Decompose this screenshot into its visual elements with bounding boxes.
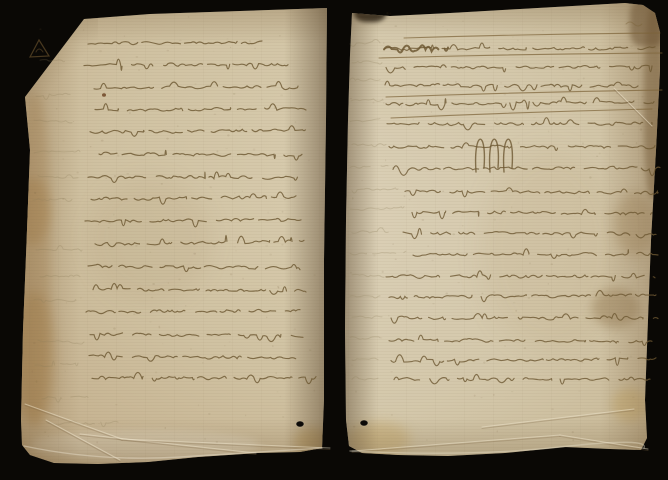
- speck: [108, 222, 111, 224]
- speck: [529, 262, 530, 264]
- speck: [309, 349, 312, 351]
- speck: [228, 342, 230, 343]
- speck: [114, 175, 116, 177]
- speck: [391, 414, 393, 415]
- speck: [642, 96, 644, 97]
- speck: [113, 59, 114, 61]
- speck: [138, 69, 140, 71]
- speck: [279, 35, 281, 37]
- speck: [234, 192, 235, 193]
- speck: [581, 362, 583, 363]
- speck: [350, 272, 352, 274]
- speck: [578, 391, 581, 392]
- speck: [279, 396, 281, 397]
- speck: [31, 370, 32, 372]
- bleed-mark: [350, 296, 380, 298]
- speck: [113, 214, 114, 216]
- speck: [392, 243, 394, 245]
- bleed-mark: [352, 316, 382, 318]
- speck: [630, 356, 633, 358]
- speck: [73, 121, 74, 122]
- speck: [493, 394, 495, 396]
- speck: [62, 140, 64, 141]
- speck: [351, 365, 354, 366]
- speck: [513, 302, 516, 303]
- text-line: [386, 271, 655, 281]
- speck: [548, 130, 549, 132]
- bleed-mark: [34, 150, 80, 153]
- bleed-mark: [34, 120, 72, 123]
- speck: [352, 197, 353, 199]
- speck: [302, 69, 303, 70]
- speck: [500, 82, 502, 83]
- speck: [177, 125, 178, 127]
- speck: [135, 245, 137, 246]
- speck: [281, 244, 283, 246]
- speck: [98, 224, 99, 225]
- bleed-mark: [38, 175, 78, 178]
- text-line: [413, 249, 658, 259]
- speck: [225, 148, 228, 149]
- text-line: [412, 209, 652, 218]
- crease-shadow: [122, 441, 330, 450]
- speck: [353, 426, 355, 428]
- speck: [194, 83, 196, 85]
- speck: [457, 60, 459, 61]
- bleed-mark: [34, 299, 76, 302]
- speck: [452, 233, 455, 235]
- text-line: [393, 166, 660, 176]
- speck: [254, 48, 256, 49]
- speck: [179, 334, 181, 335]
- speck: [113, 328, 116, 330]
- bleed-mark: [35, 361, 78, 366]
- speck: [361, 180, 363, 181]
- speck: [209, 187, 212, 188]
- speck: [202, 362, 204, 363]
- speck: [188, 16, 190, 18]
- speck: [226, 38, 228, 39]
- speck: [350, 98, 352, 99]
- bleed-mark: [33, 198, 72, 201]
- text-line: [391, 314, 658, 324]
- speck: [117, 154, 119, 156]
- speck: [83, 29, 84, 30]
- text-line: [88, 264, 300, 271]
- corner-glyph-mark: [36, 49, 43, 52]
- text-line: [386, 97, 654, 110]
- strike-line: [391, 109, 652, 118]
- speck: [517, 39, 519, 41]
- speck: [619, 351, 621, 353]
- speck: [589, 176, 591, 178]
- speck: [166, 138, 169, 140]
- speck: [622, 133, 624, 134]
- bleed-mark: [352, 188, 398, 193]
- speck: [294, 329, 297, 330]
- speck: [511, 391, 514, 392]
- speck: [512, 36, 514, 37]
- text-line: [92, 372, 316, 383]
- speck: [432, 303, 435, 304]
- speck: [96, 441, 98, 443]
- speck: [190, 348, 192, 350]
- foxing-specks: [31, 12, 645, 443]
- speck: [409, 199, 411, 200]
- speck: [636, 142, 638, 144]
- speck: [497, 430, 498, 432]
- speck: [431, 260, 433, 262]
- speck: [158, 326, 160, 328]
- speck: [198, 404, 199, 406]
- text-line: [88, 172, 297, 182]
- speck: [518, 142, 520, 144]
- crease-highlight: [482, 409, 634, 427]
- manuscript-scan: Double-page opening of an early-modern F…: [0, 0, 668, 480]
- speck: [265, 245, 268, 247]
- speck: [155, 371, 157, 373]
- speck: [166, 50, 169, 52]
- text-line: [389, 335, 652, 345]
- speck: [39, 28, 41, 30]
- crease-highlight: [614, 88, 652, 126]
- speck: [185, 305, 186, 306]
- creases: [25, 88, 652, 462]
- speck: [235, 250, 237, 251]
- crease-shadow: [482, 411, 634, 429]
- ink-speck: [102, 93, 106, 97]
- speck: [162, 343, 163, 344]
- speck: [386, 12, 388, 14]
- speck: [528, 297, 531, 299]
- text-line: [86, 309, 300, 313]
- bleed-mark: [42, 396, 88, 402]
- speck: [474, 395, 476, 397]
- bleed-mark: [352, 274, 384, 277]
- speck: [80, 297, 82, 299]
- text-line: [386, 65, 652, 73]
- text-line: [385, 81, 638, 91]
- text-line: [89, 352, 296, 361]
- speck: [253, 148, 256, 150]
- bleedthrough-right-page: [350, 39, 406, 380]
- speck: [404, 195, 406, 197]
- speck: [313, 274, 315, 275]
- bleed-mark: [350, 251, 406, 255]
- strike-line: [404, 33, 660, 38]
- speck: [282, 416, 284, 418]
- text-line: [85, 218, 301, 226]
- text-line: [389, 143, 655, 151]
- speck: [383, 102, 384, 104]
- speck: [508, 190, 511, 191]
- text-line: [91, 192, 296, 204]
- text-line: [99, 150, 302, 160]
- speck: [632, 397, 635, 398]
- speck: [245, 414, 246, 416]
- speck: [99, 50, 102, 52]
- speck: [355, 391, 357, 393]
- text-line: [94, 81, 298, 89]
- speck: [577, 79, 580, 80]
- speck: [269, 254, 272, 256]
- speck: [442, 26, 444, 27]
- folio-mark: [626, 22, 642, 26]
- speck: [572, 439, 574, 441]
- speck: [105, 178, 107, 179]
- speck: [382, 271, 384, 273]
- speck: [239, 126, 241, 128]
- speck: [542, 30, 544, 32]
- speck: [227, 134, 229, 136]
- speck: [179, 40, 182, 41]
- speck: [390, 371, 393, 372]
- ink-overlay: [0, 0, 668, 480]
- crease-highlight: [352, 435, 560, 451]
- text-line: [90, 333, 303, 342]
- speck: [62, 158, 64, 160]
- speck: [90, 146, 92, 147]
- speck: [578, 197, 580, 198]
- page-edge-highlights: [24, 442, 644, 458]
- speck: [383, 42, 384, 44]
- speck: [640, 128, 643, 130]
- strike-line: [379, 53, 662, 58]
- bleed-mark: [38, 340, 84, 344]
- speck: [398, 65, 401, 66]
- speck: [427, 245, 429, 247]
- speck: [208, 413, 210, 415]
- speck: [572, 431, 574, 433]
- bottom-edge-left: [24, 446, 322, 458]
- speck: [546, 290, 548, 291]
- speck: [388, 315, 390, 317]
- speck: [582, 142, 583, 144]
- speck: [266, 317, 267, 319]
- bleed-mark: [352, 61, 382, 64]
- speck: [447, 29, 448, 30]
- bleed-mark: [350, 165, 388, 168]
- wormhole: [296, 421, 304, 427]
- speck: [224, 345, 226, 347]
- marks: [30, 22, 642, 427]
- speck: [165, 427, 166, 429]
- speck: [511, 206, 512, 208]
- corner-triangle-glyph: [30, 40, 49, 57]
- text-line: [84, 59, 288, 70]
- speck: [548, 283, 549, 285]
- speck: [493, 291, 496, 293]
- speck: [383, 13, 384, 14]
- speck: [630, 46, 633, 48]
- speck: [216, 150, 218, 152]
- speck: [295, 122, 297, 123]
- speck: [373, 102, 375, 104]
- speck: [431, 111, 432, 112]
- speck: [107, 227, 109, 228]
- speck: [596, 156, 598, 157]
- speck: [129, 112, 131, 114]
- speck: [133, 314, 135, 315]
- speck: [462, 225, 464, 226]
- speck: [98, 423, 100, 424]
- text-line: [88, 41, 262, 45]
- speck: [149, 252, 151, 253]
- text-line: [405, 188, 658, 197]
- speck: [33, 342, 36, 344]
- speck: [233, 247, 236, 248]
- speck: [233, 93, 235, 95]
- text-line: [389, 290, 656, 301]
- speck: [152, 283, 155, 285]
- speck: [44, 431, 46, 432]
- speck: [282, 211, 284, 213]
- speck: [504, 345, 505, 347]
- bleed-mark: [48, 421, 118, 426]
- bleed-mark: [350, 119, 380, 122]
- speck: [308, 160, 310, 162]
- opening-flourish: [384, 45, 448, 52]
- speck: [230, 47, 231, 48]
- speck: [214, 246, 216, 248]
- bleed-mark: [351, 99, 383, 101]
- speck: [214, 114, 217, 115]
- speck: [124, 36, 125, 37]
- speck: [267, 211, 268, 213]
- speck: [65, 371, 66, 372]
- speck: [242, 191, 243, 192]
- speck: [151, 297, 153, 299]
- bleed-mark: [350, 78, 380, 81]
- speck: [34, 192, 36, 194]
- speck: [242, 278, 243, 280]
- speck: [276, 372, 277, 374]
- bleed-mark: [350, 39, 380, 46]
- speck: [567, 249, 569, 251]
- bleed-mark: [350, 337, 380, 339]
- text-line: [93, 283, 306, 294]
- speck: [48, 435, 49, 437]
- speck: [426, 439, 427, 440]
- bleed-mark: [352, 377, 378, 380]
- speck: [193, 253, 196, 255]
- speck: [583, 78, 585, 80]
- speck: [533, 117, 536, 118]
- speck: [283, 199, 286, 200]
- speck: [455, 81, 457, 83]
- handwriting-left-page: [84, 41, 316, 384]
- speck: [599, 83, 600, 85]
- speck: [213, 51, 214, 52]
- speck: [524, 347, 527, 349]
- speck: [272, 345, 273, 347]
- speck: [422, 219, 425, 221]
- speck: [390, 12, 391, 14]
- speck: [280, 94, 283, 96]
- bleed-mark: [36, 245, 82, 251]
- speck: [77, 172, 79, 174]
- speck: [277, 391, 279, 392]
- speck: [101, 140, 104, 142]
- speck: [562, 68, 564, 70]
- speck: [490, 129, 492, 131]
- speck: [457, 282, 459, 283]
- speck: [462, 21, 464, 22]
- speck: [593, 88, 595, 90]
- speck: [406, 270, 409, 272]
- speck: [373, 255, 375, 257]
- bleed-mark: [352, 144, 386, 147]
- speck: [495, 118, 497, 119]
- bleed-mark: [40, 275, 80, 277]
- text-line: [90, 126, 305, 136]
- speck: [230, 273, 233, 275]
- speck: [483, 362, 485, 364]
- speck: [480, 397, 482, 398]
- speck: [394, 25, 397, 27]
- wormhole: [360, 420, 368, 426]
- text-line: [95, 235, 304, 246]
- bleed-mark: [352, 228, 388, 234]
- speck: [550, 264, 553, 265]
- crease-shadow: [614, 90, 652, 128]
- speck: [277, 286, 279, 288]
- bleed-mark: [350, 207, 404, 211]
- speck: [514, 295, 516, 296]
- speck: [126, 173, 129, 174]
- bleed-mark: [352, 358, 378, 360]
- speck: [494, 219, 496, 221]
- bleed-mark: [40, 60, 65, 62]
- speck: [149, 322, 152, 323]
- text-line: [391, 355, 656, 366]
- speck: [36, 380, 38, 382]
- speck: [481, 293, 483, 294]
- speck: [515, 310, 517, 312]
- speck: [385, 159, 386, 161]
- text-line: [403, 228, 656, 238]
- speck: [161, 183, 163, 185]
- speck: [504, 94, 506, 96]
- speck: [468, 230, 469, 231]
- speck: [204, 438, 205, 440]
- speck: [579, 61, 580, 62]
- text-line: [387, 118, 652, 130]
- speck: [66, 302, 67, 304]
- speck: [136, 56, 139, 58]
- bleed-mark: [36, 93, 70, 99]
- speck: [445, 292, 448, 294]
- speck: [442, 191, 444, 192]
- speck: [401, 106, 402, 108]
- speck: [178, 279, 180, 281]
- speck: [413, 118, 414, 120]
- speck: [599, 152, 601, 154]
- speck: [261, 99, 263, 100]
- text-line: [394, 374, 650, 384]
- crease-highlight: [25, 404, 122, 439]
- speck: [315, 342, 316, 343]
- speck: [395, 259, 397, 260]
- speck: [168, 282, 169, 284]
- speck: [314, 390, 315, 392]
- speck: [551, 408, 554, 410]
- speck: [115, 404, 117, 405]
- speck: [249, 40, 251, 42]
- speck: [56, 108, 58, 109]
